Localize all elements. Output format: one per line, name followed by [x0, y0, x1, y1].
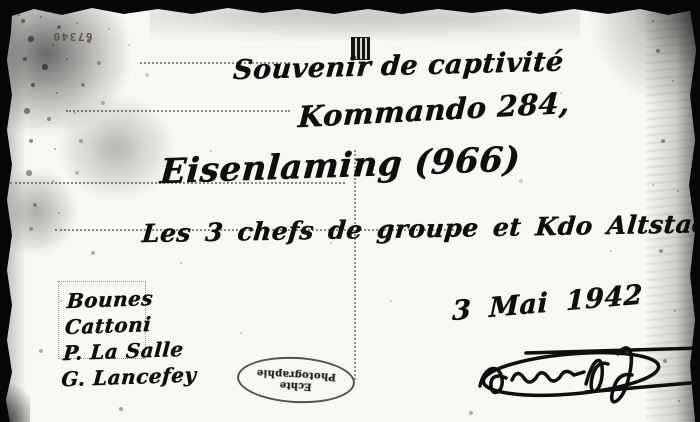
paper-grain-overlay — [585, 0, 700, 115]
postcard-paper: 67340 Souvenir de captivité Kommando 284… — [0, 0, 700, 422]
handwritten-date: 3 Mai 1942 — [452, 279, 643, 327]
paper-grain-overlay — [0, 376, 30, 422]
handwriting-line-1: Souvenir de captivité — [232, 46, 565, 86]
photographer-stamp: Echte Photographie — [236, 354, 356, 406]
handwriting-line-4: Les 3 chefs de groupe et Kdo Altstadt — [141, 209, 700, 248]
address-line-2 — [66, 110, 290, 112]
paper-speckle — [652, 20, 654, 22]
postcard-photo: 67340 Souvenir de captivité Kommando 284… — [0, 0, 700, 422]
handwriting-line-2: Kommando 284, — [297, 86, 570, 134]
stamp-text-line-1: Echte — [279, 379, 312, 392]
paper-speckle — [18, 14, 20, 16]
signature-scrawl — [466, 336, 700, 410]
paper-grain-overlay — [0, 0, 26, 422]
name-4: G. Lancefey — [60, 361, 197, 392]
paper-speckle — [0, 0, 2, 2]
names-list: Bounes Cattoni P. La Salle G. Lancefey — [60, 283, 202, 392]
serial-number: 67340 — [52, 30, 93, 43]
handwriting-line-3: Eisenlaming (966) — [159, 139, 522, 192]
stamp-text-line-2: Photographie — [256, 367, 336, 382]
